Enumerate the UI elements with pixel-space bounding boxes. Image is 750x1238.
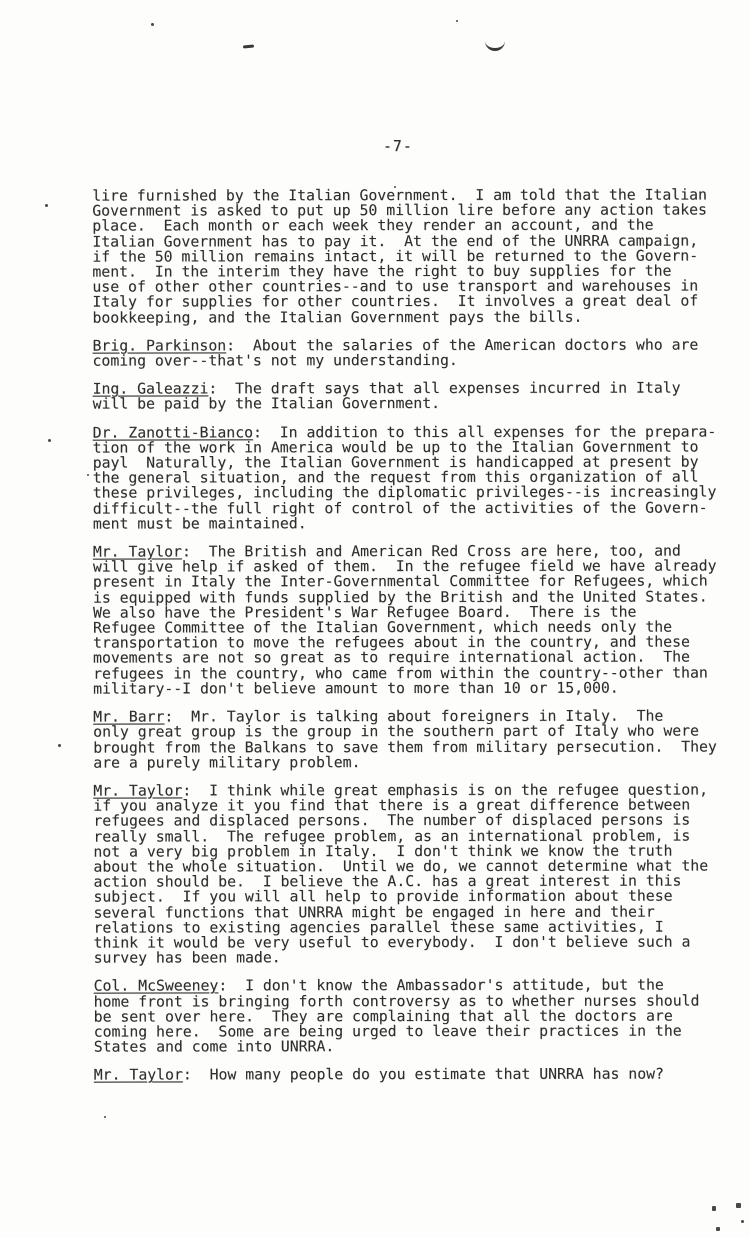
page-number: -7- xyxy=(383,138,413,155)
scan-speck xyxy=(104,1116,106,1118)
paragraph-mr-taylor: Mr. Taylor: I think while great emphasis… xyxy=(93,782,743,966)
paragraph-continuation: lire furnished by the Italian Government… xyxy=(92,187,742,325)
paragraph-brig-parkinson: Brig. Parkinson: About the salaries of t… xyxy=(92,337,742,369)
speaker-name: Mr. Taylor xyxy=(94,1067,183,1084)
paragraph-mr-taylor: Mr. Taylor: How many people do you estim… xyxy=(94,1067,744,1083)
paragraph-mr-barr: Mr. Barr: Mr. Taylor is talking about fo… xyxy=(93,709,743,771)
scan-speck xyxy=(45,204,48,207)
scanned-document-page: -7- lire furnished by the Italian Govern… xyxy=(0,0,750,1238)
document-text: lire furnished by the Italian Government… xyxy=(92,187,744,1083)
paragraph-ing-galeazzi: Ing. Galeazzi: The draft says that all e… xyxy=(93,381,743,413)
speaker-name: Col. McSweeney xyxy=(94,978,219,995)
scan-speck xyxy=(736,1203,741,1208)
scan-smudge xyxy=(243,45,254,49)
scan-speck xyxy=(48,439,51,442)
speaker-name: Ing. Galeazzi xyxy=(93,381,209,398)
paragraph-mr-taylor: Mr. Taylor: The British and American Red… xyxy=(93,543,743,696)
speaker-name: Mr. Taylor xyxy=(93,782,182,799)
scan-speck xyxy=(741,1220,744,1223)
scan-speck xyxy=(716,1227,720,1231)
scan-speck xyxy=(456,20,458,22)
scan-speck xyxy=(58,744,61,747)
paragraph-col-mcsweeney: Col. McSweeney: I don't know the Ambassa… xyxy=(94,978,744,1055)
speaker-name: Mr. Barr xyxy=(93,709,164,726)
scan-speck xyxy=(151,23,154,26)
scan-smudge xyxy=(485,40,505,51)
speaker-name: Mr. Taylor xyxy=(93,543,182,560)
paragraph-dr-zanotti-bianco: Dr. Zanotti-Bianco: In addition to this … xyxy=(93,424,743,532)
speaker-name: Dr. Zanotti-Bianco xyxy=(93,424,253,441)
speaker-name: Brig. Parkinson xyxy=(92,337,226,354)
scan-speck xyxy=(87,474,89,476)
scan-speck xyxy=(712,1206,716,1211)
